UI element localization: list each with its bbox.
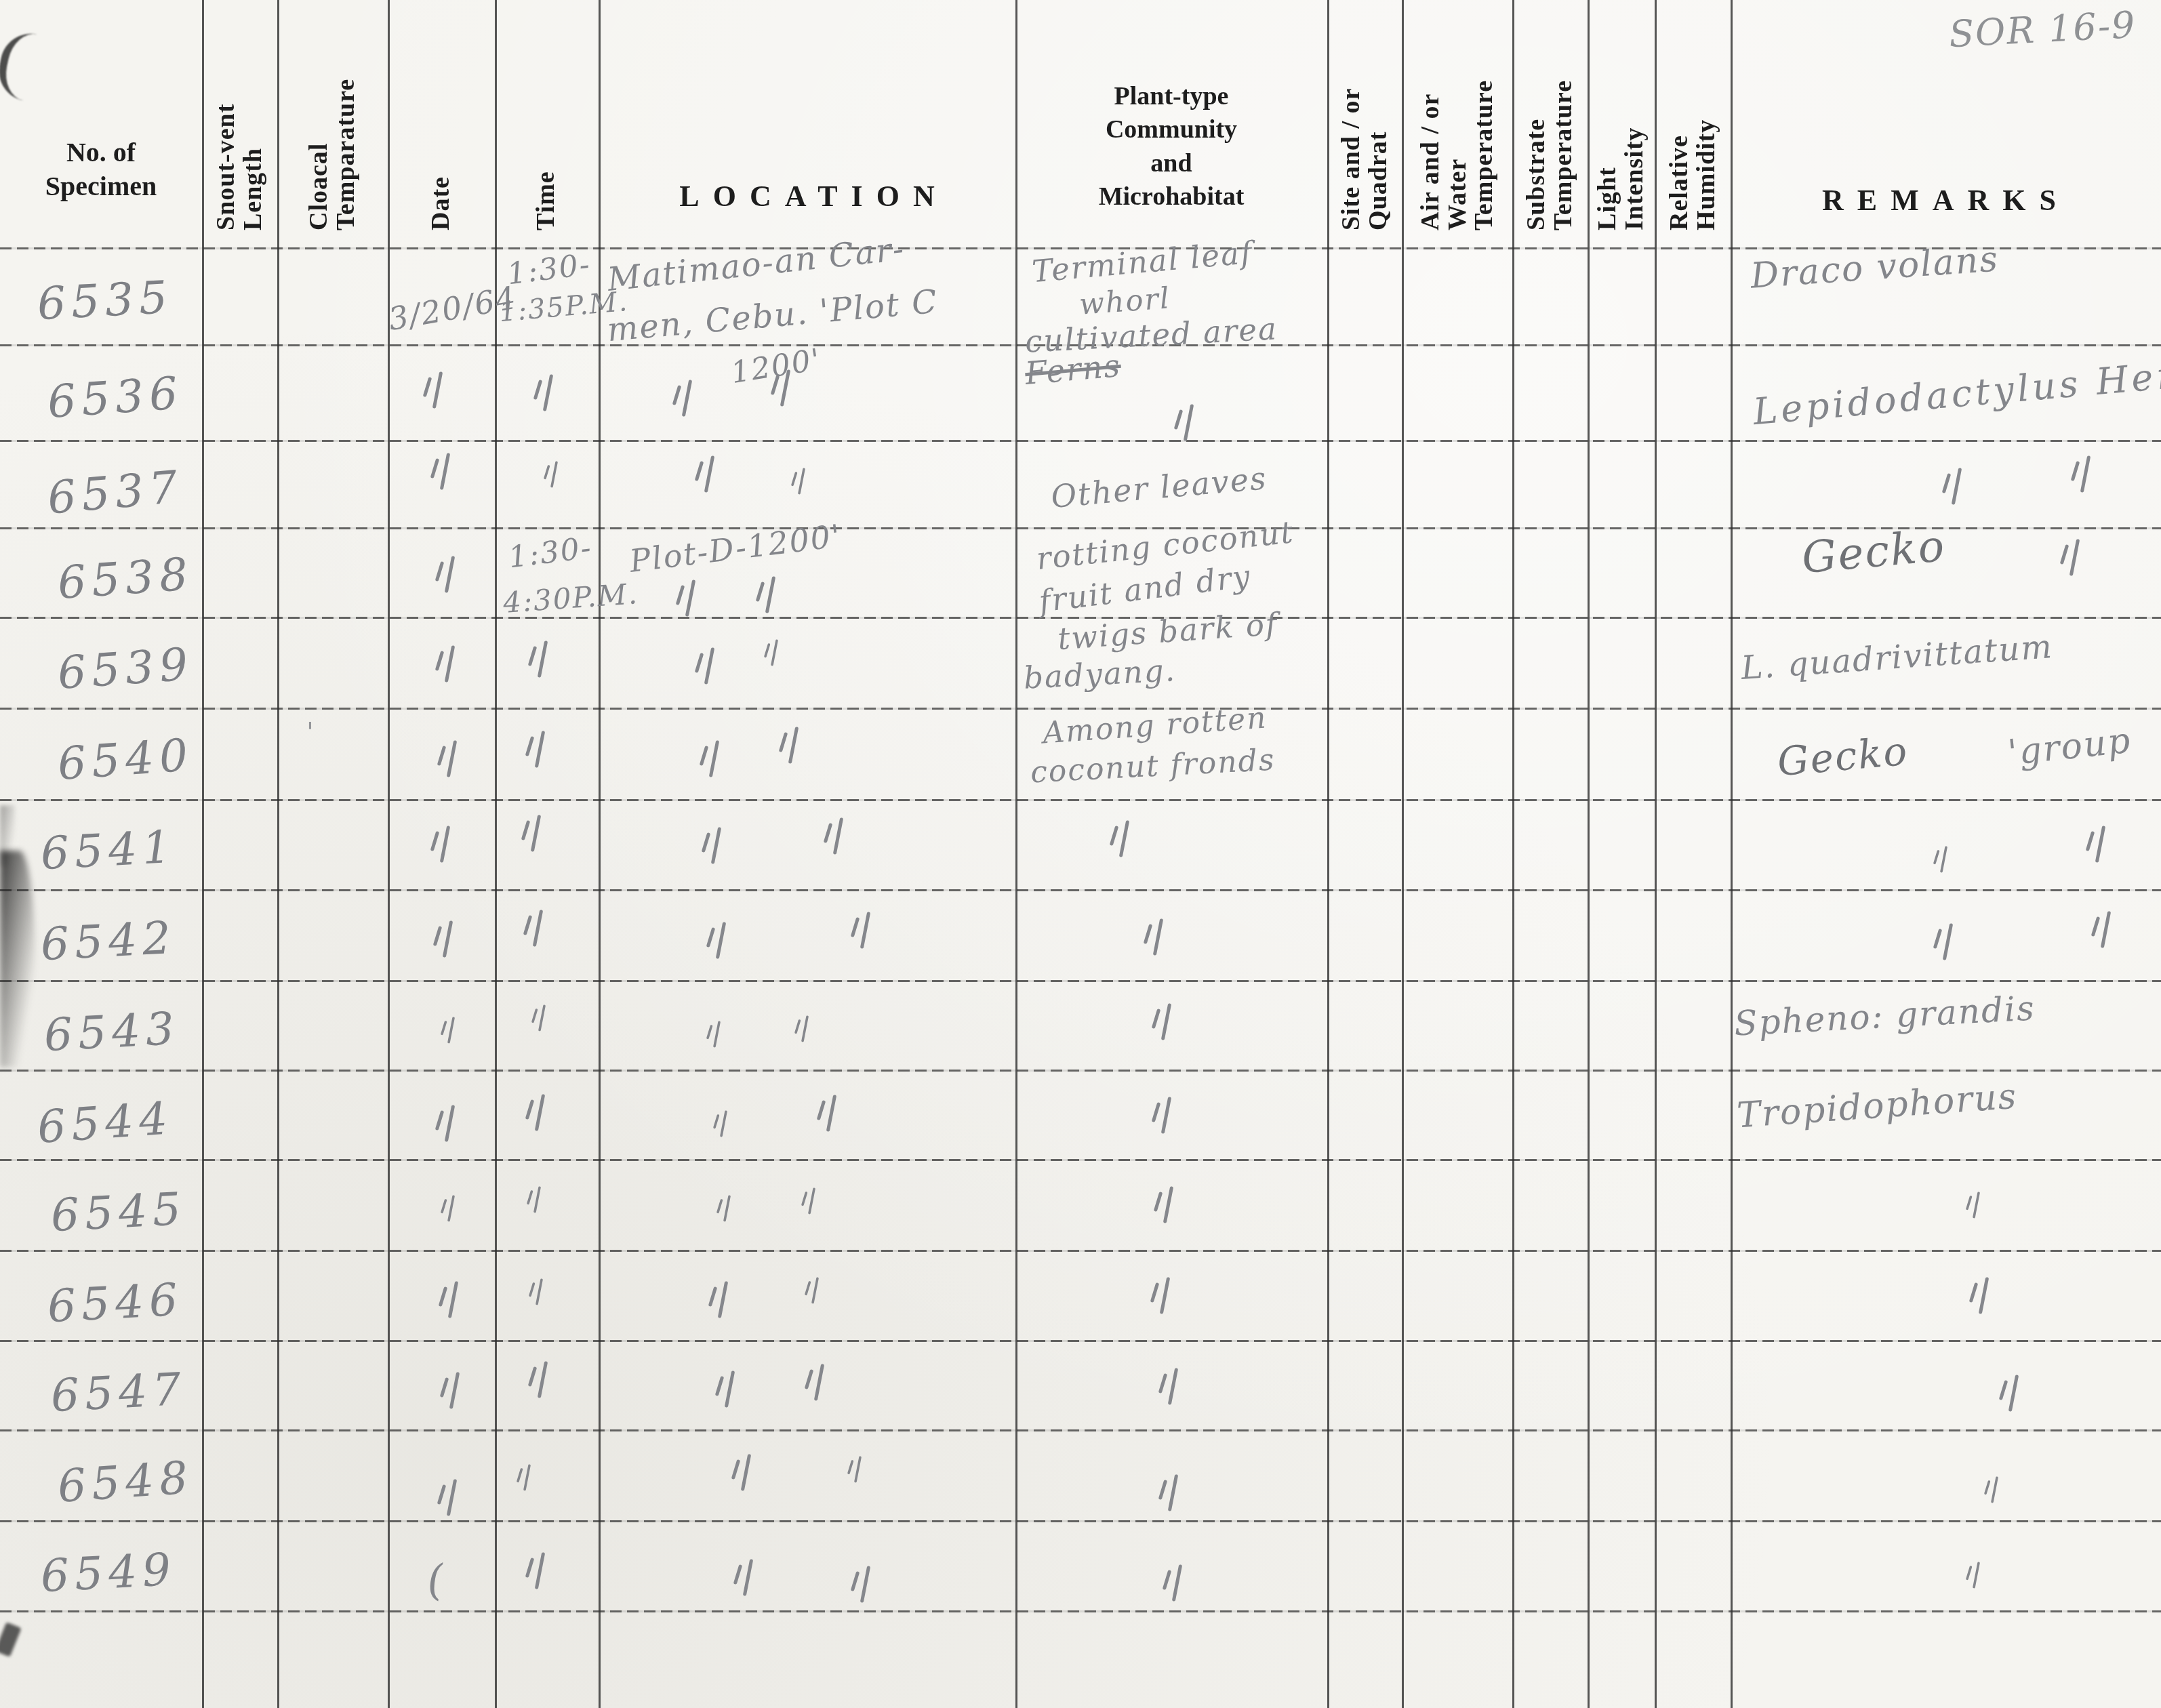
column-header-substrate-temperature: Substrate Temperature bbox=[1523, 85, 1577, 230]
ditto-mark bbox=[435, 920, 456, 960]
grid-hline bbox=[0, 617, 2161, 619]
ditto-mark bbox=[819, 1095, 839, 1134]
ditto-mark bbox=[1160, 1368, 1181, 1407]
cell-plant: Terminal leaf bbox=[1030, 235, 1254, 289]
grid-vline bbox=[388, 0, 390, 1708]
ditto-mark bbox=[1971, 1277, 1992, 1316]
ditto-mark bbox=[697, 455, 717, 495]
grid-vline bbox=[495, 0, 497, 1708]
ditto-mark bbox=[1154, 1097, 1174, 1136]
column-header-cloacal-temperature: Cloacal Temparature bbox=[306, 75, 359, 230]
ditto-mark bbox=[533, 1004, 548, 1033]
ditto-mark bbox=[773, 369, 793, 409]
grid-hline bbox=[0, 527, 2161, 529]
grid-vline bbox=[277, 0, 279, 1708]
ditto-mark bbox=[758, 576, 778, 615]
ditto-mark bbox=[525, 910, 546, 949]
specimen-number: 6536 bbox=[46, 367, 185, 428]
ditto-mark bbox=[527, 1552, 548, 1591]
cell-remarks: Spheno: grandis bbox=[1733, 988, 2036, 1043]
cell-location: Plot-D-1200' bbox=[628, 517, 844, 579]
ditto-mark bbox=[527, 1094, 548, 1133]
ditto-mark bbox=[442, 1195, 457, 1223]
ditto-mark bbox=[702, 740, 722, 779]
ditto-mark bbox=[807, 1364, 827, 1403]
grid-hline bbox=[0, 980, 2161, 982]
specimen-number: 6544 bbox=[36, 1092, 175, 1154]
ditto-mark bbox=[1152, 1277, 1173, 1316]
scan-defect-left-shadow bbox=[0, 851, 35, 1067]
column-header-site-quadrat: Site and / or Quadrat bbox=[1338, 75, 1392, 230]
ditto-mark bbox=[678, 579, 698, 619]
ditto-mark bbox=[437, 556, 458, 595]
grid-vline bbox=[1015, 0, 1017, 1708]
column-header-remarks: REMARKS bbox=[1744, 182, 2147, 219]
ditto-mark bbox=[2062, 539, 2082, 578]
grid-hline bbox=[0, 799, 2161, 801]
ditto-mark bbox=[765, 639, 780, 668]
ditto-mark bbox=[439, 740, 460, 779]
ditto-mark bbox=[425, 371, 445, 411]
grid-vline bbox=[1402, 0, 1404, 1708]
cell-plant-struck: Ferns bbox=[1024, 347, 1123, 392]
scanned-specimen-datasheet: No. of Specimen Snout-vent Length Cloaca… bbox=[0, 0, 2161, 1708]
ditto-mark bbox=[697, 647, 717, 687]
specimen-number: 6541 bbox=[39, 821, 178, 880]
cell-time: 1:30- bbox=[506, 531, 594, 575]
ditto-mark bbox=[432, 826, 453, 865]
ditto-mark bbox=[1967, 1562, 1982, 1590]
ditto-mark bbox=[2088, 826, 2108, 865]
cell-plant: rotting coconut bbox=[1034, 514, 1295, 577]
grid-vline bbox=[599, 0, 601, 1708]
grid-vline bbox=[1588, 0, 1590, 1708]
ditto-mark bbox=[1154, 1003, 1174, 1042]
specimen-number: 6535 bbox=[36, 271, 174, 330]
ditto-mark bbox=[1160, 1474, 1181, 1513]
cell-remarks: Gecko bbox=[1800, 521, 1947, 584]
ditto-mark bbox=[781, 727, 801, 766]
column-header-date: Date bbox=[428, 95, 455, 230]
ditto-mark bbox=[442, 1372, 462, 1411]
cell-remarks: L. quadrivittatum bbox=[1740, 628, 2055, 687]
column-header-time: Time bbox=[533, 95, 560, 230]
ditto-mark bbox=[849, 1456, 864, 1484]
ditto-mark bbox=[530, 1278, 545, 1307]
ditto-mark bbox=[796, 1015, 811, 1044]
scan-defect-bottom-left-mark bbox=[0, 1622, 22, 1657]
cell-plant: whorl bbox=[1078, 281, 1171, 321]
cell-remarks: Gecko bbox=[1775, 728, 1910, 786]
grid-hline bbox=[0, 1250, 2161, 1252]
cell-plant: Other leaves bbox=[1049, 460, 1268, 515]
ditto-mark bbox=[1112, 820, 1132, 859]
stray-mark: ' bbox=[306, 717, 315, 748]
ditto-mark bbox=[1146, 918, 1166, 958]
ditto-mark bbox=[518, 1464, 533, 1492]
column-header-relative-humidity: Relative Humidity bbox=[1666, 122, 1720, 230]
specimen-number: 6542 bbox=[39, 912, 178, 971]
ditto-mark bbox=[710, 1281, 731, 1320]
cell-date: ( bbox=[425, 1555, 446, 1606]
ditto-mark bbox=[806, 1277, 821, 1305]
grid-hline bbox=[0, 1610, 2161, 1612]
ditto-mark bbox=[432, 453, 453, 492]
ditto-mark bbox=[1967, 1192, 1982, 1220]
specimen-number: 6545 bbox=[49, 1183, 188, 1242]
column-header-plant-type: Plant-type Community and Microhabitat bbox=[1083, 80, 1259, 214]
ditto-mark bbox=[527, 731, 548, 770]
ditto-mark bbox=[1156, 1186, 1176, 1225]
ditto-mark bbox=[1165, 1564, 1185, 1604]
ditto-mark bbox=[733, 1454, 754, 1493]
grid-hline bbox=[0, 1429, 2161, 1431]
grid-vline bbox=[1731, 0, 1733, 1708]
specimen-number: 6540 bbox=[56, 729, 195, 790]
cell-plant: badyang. bbox=[1023, 652, 1177, 696]
column-header-location: LOCATION bbox=[612, 178, 1015, 215]
specimen-number: 6549 bbox=[39, 1543, 178, 1602]
ditto-mark bbox=[441, 1281, 461, 1320]
grid-vline bbox=[1512, 0, 1514, 1708]
ditto-mark bbox=[853, 1566, 873, 1605]
ditto-mark bbox=[803, 1187, 817, 1216]
page-label: SOR 16-9 bbox=[1948, 3, 2137, 56]
ditto-mark bbox=[853, 912, 873, 951]
ditto-mark bbox=[530, 1361, 550, 1400]
ditto-mark bbox=[1944, 468, 1964, 507]
ditto-mark bbox=[439, 1479, 460, 1518]
grid-hline bbox=[0, 1340, 2161, 1342]
ditto-mark bbox=[530, 640, 550, 680]
grid-vline bbox=[202, 0, 204, 1708]
ditto-mark bbox=[826, 817, 846, 857]
cell-time: 1:30- bbox=[505, 247, 592, 292]
specimen-number: 6547 bbox=[49, 1363, 188, 1422]
specimen-number: 6546 bbox=[46, 1274, 184, 1333]
ditto-mark bbox=[528, 1186, 543, 1215]
cell-plant: coconut fronds bbox=[1030, 743, 1276, 790]
grid-hline bbox=[0, 1520, 2161, 1522]
ditto-mark bbox=[2093, 911, 2114, 950]
ditto-mark bbox=[708, 1021, 723, 1049]
grid-vline bbox=[1655, 0, 1657, 1708]
cell-time: 4:30P.M. bbox=[502, 577, 640, 619]
grid-hline bbox=[0, 889, 2161, 891]
cell-remarks: Tropidophorus bbox=[1735, 1076, 2019, 1137]
cell-remarks: Lepidodactylus Herrei bbox=[1752, 348, 2161, 433]
column-header-snout-vent: Snout-vent Length bbox=[213, 27, 266, 230]
ditto-mark bbox=[2073, 455, 2093, 495]
specimen-number: 6537 bbox=[45, 460, 185, 524]
specimen-number: 6548 bbox=[56, 1451, 195, 1513]
specimen-number: 6543 bbox=[43, 1002, 181, 1061]
cell-remarks: 'group bbox=[2006, 720, 2133, 774]
ditto-mark bbox=[674, 380, 695, 419]
grid-hline bbox=[0, 1070, 2161, 1072]
ditto-mark bbox=[437, 645, 458, 685]
ditto-mark bbox=[2001, 1375, 2021, 1414]
grid-hline bbox=[0, 1159, 2161, 1161]
ditto-mark bbox=[1935, 923, 1956, 962]
column-header-air-water-temperature: Air and / or Water Temperature bbox=[1417, 85, 1498, 230]
ditto-mark bbox=[437, 1105, 458, 1144]
grid-hline bbox=[0, 440, 2161, 442]
ditto-mark bbox=[704, 827, 724, 866]
ditto-mark bbox=[735, 1559, 756, 1598]
grid-hline bbox=[0, 708, 2161, 710]
column-header-light-intensity: Light Intensity bbox=[1594, 119, 1648, 230]
grid-vline bbox=[1327, 0, 1329, 1708]
ditto-mark bbox=[536, 374, 556, 413]
ditto-mark bbox=[442, 1017, 457, 1045]
ditto-mark bbox=[545, 461, 560, 489]
ditto-mark bbox=[1985, 1476, 2000, 1505]
ditto-mark bbox=[718, 1195, 733, 1223]
ditto-mark bbox=[523, 815, 544, 854]
specimen-number: 6539 bbox=[56, 638, 195, 699]
ditto-mark bbox=[792, 468, 807, 496]
ditto-mark bbox=[708, 922, 729, 961]
specimen-number: 6538 bbox=[56, 548, 195, 609]
ditto-mark bbox=[1935, 846, 1950, 874]
ditto-mark bbox=[717, 1370, 738, 1410]
ditto-mark bbox=[714, 1110, 729, 1139]
ditto-mark bbox=[1176, 404, 1196, 443]
scan-defect-top-left-curl bbox=[0, 28, 44, 102]
column-header-specimen: No. of Specimen bbox=[17, 136, 185, 203]
